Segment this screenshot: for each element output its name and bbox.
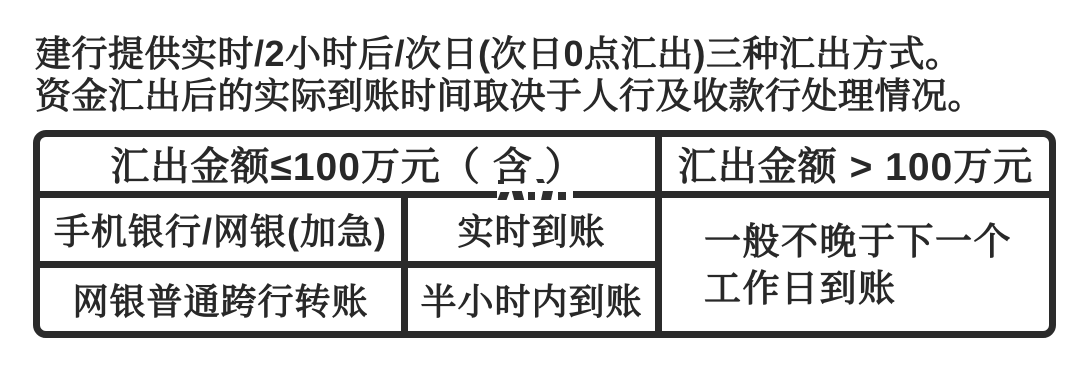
header-amount-gt-1m: 汇出金额 > 100万元 — [662, 137, 1049, 198]
cell-note-next-workday: 一般不晚于下一个 工作日到账 — [662, 198, 1049, 331]
next-workday-note: 一般不晚于下一个 工作日到账 — [704, 218, 1012, 312]
note-line-2: 工作日到账 — [704, 265, 1012, 312]
cell-time-within-half-hour: 半小时内到账 — [408, 268, 662, 331]
cell-channel-ebank-normal-interbank: 网银普通跨行转账 — [40, 268, 408, 331]
note-line-1: 一般不晚于下一个 — [704, 218, 1012, 265]
cell-channel-mobile-ebank-urgent: 手机银行/网银(加急) — [40, 198, 408, 268]
intro-line-1: 建行提供实时/2小时后/次日(次日0点汇出)三种汇出方式。 — [35, 33, 984, 75]
watermark-remnant — [497, 184, 573, 201]
cell-time-realtime: 实时到账 — [408, 198, 662, 268]
intro-text: 建行提供实时/2小时后/次日(次日0点汇出)三种汇出方式。 资金汇出后的实际到账… — [35, 33, 984, 117]
remittance-time-table: 汇出金额≤100万元（ 含 ） 汇出金额 > 100万元 手机银行/网银(加急)… — [33, 130, 1056, 338]
intro-line-2: 资金汇出后的实际到账时间取决于人行及收款行处理情况。 — [35, 75, 984, 117]
